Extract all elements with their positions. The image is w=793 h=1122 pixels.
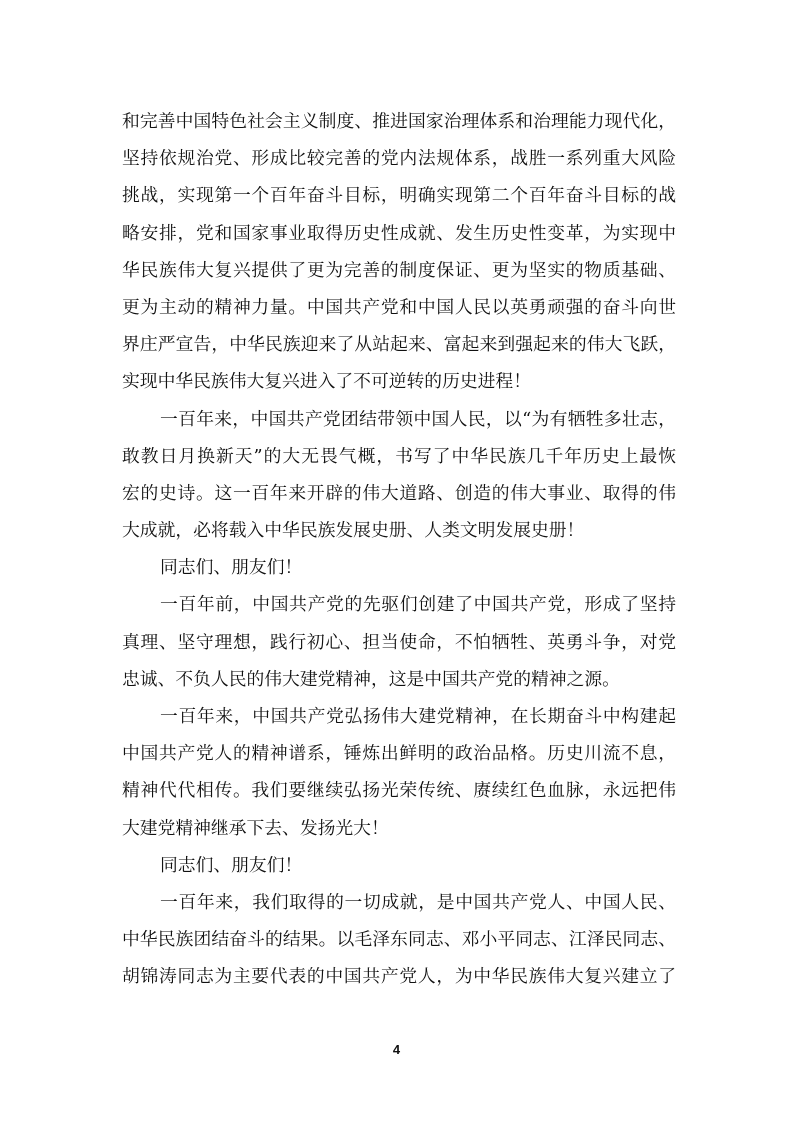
document-page: 和完善中国特色社会主义制度、推进国家治理体系和治理能力现代化， 坚持依规治党、形… [0,0,793,1122]
text-line: 一百年来，中国共产党团结带领中国人民，以“为有牺牲多壮志， [122,401,676,438]
text-line: 实现中华民族伟大复兴进入了不可逆转的历史进程！ [122,363,676,400]
text-line: 华民族伟大复兴提供了更为完善的制度保证、更为坚实的物质基础、 [122,252,676,289]
text-line: 真理、坚守理想，践行初心、担当使命，不怕牺牲、英勇斗争，对党 [122,624,676,661]
paragraph-salutation: 同志们、朋友们！ [122,847,676,884]
paragraph-salutation: 同志们、朋友们！ [122,549,676,586]
text-line: 更为主动的精神力量。中国共产党和中国人民以英勇顽强的奋斗向世 [122,289,676,326]
text-line: 中国共产党人的精神谱系，锤炼出鲜明的政治品格。历史川流不息， [122,735,676,772]
text-line: 一百年前，中国共产党的先驱们创建了中国共产党，形成了坚持 [122,586,676,623]
text-line: 一百年来，中国共产党弘扬伟大建党精神，在长期奋斗中构建起 [122,698,676,735]
text-line: 坚持依规治党、形成比较完善的党内法规体系，战胜一系列重大风险 [122,140,676,177]
text-line: 大成就，必将载入中华民族发展史册、人类文明发展史册！ [122,512,676,549]
body-text: 和完善中国特色社会主义制度、推进国家治理体系和治理能力现代化， 坚持依规治党、形… [122,103,676,996]
text-line: 一百年来，我们取得的一切成就，是中国共产党人、中国人民、 [122,884,676,921]
paragraph-founding-spirit: 一百年前，中国共产党的先驱们创建了中国共产党，形成了坚持 真理、坚守理想，践行初… [122,586,676,698]
text-line: 宏的史诗。这一百年来开辟的伟大道路、创造的伟大事业、取得的伟 [122,475,676,512]
paragraph-spiritual-lineage: 一百年来，中国共产党弘扬伟大建党精神，在长期奋斗中构建起 中国共产党人的精神谱系… [122,698,676,847]
text-line: 胡锦涛同志为主要代表的中国共产党人，为中华民族伟大复兴建立了 [122,958,676,995]
page-number: 4 [0,1042,793,1058]
text-line: 中华民族团结奋斗的结果。以毛泽东同志、邓小平同志、江泽民同志、 [122,921,676,958]
text-line: 界庄严宣告，中华民族迎来了从站起来、富起来到强起来的伟大飞跃， [122,326,676,363]
paragraph-continued: 和完善中国特色社会主义制度、推进国家治理体系和治理能力现代化， 坚持依规治党、形… [122,103,676,401]
paragraph-achievements: 一百年来，我们取得的一切成就，是中国共产党人、中国人民、 中华民族团结奋斗的结果… [122,884,676,996]
text-line: 忠诚、不负人民的伟大建党精神，这是中国共产党的精神之源。 [122,661,676,698]
paragraph-century-epic: 一百年来，中国共产党团结带领中国人民，以“为有牺牲多壮志， 敢教日月换新天”的大… [122,401,676,550]
text-line: 同志们、朋友们！ [122,847,676,884]
text-line: 大建党精神继承下去、发扬光大！ [122,810,676,847]
text-line: 精神代代相传。我们要继续弘扬光荣传统、赓续红色血脉，永远把伟 [122,772,676,809]
text-line: 和完善中国特色社会主义制度、推进国家治理体系和治理能力现代化， [122,103,676,140]
text-line: 敢教日月换新天”的大无畏气概，书写了中华民族几千年历史上最恢 [122,438,676,475]
text-line: 同志们、朋友们！ [122,549,676,586]
text-line: 挑战，实现第一个百年奋斗目标，明确实现第二个百年奋斗目标的战 [122,177,676,214]
text-line: 略安排，党和国家事业取得历史性成就、发生历史性变革，为实现中 [122,215,676,252]
